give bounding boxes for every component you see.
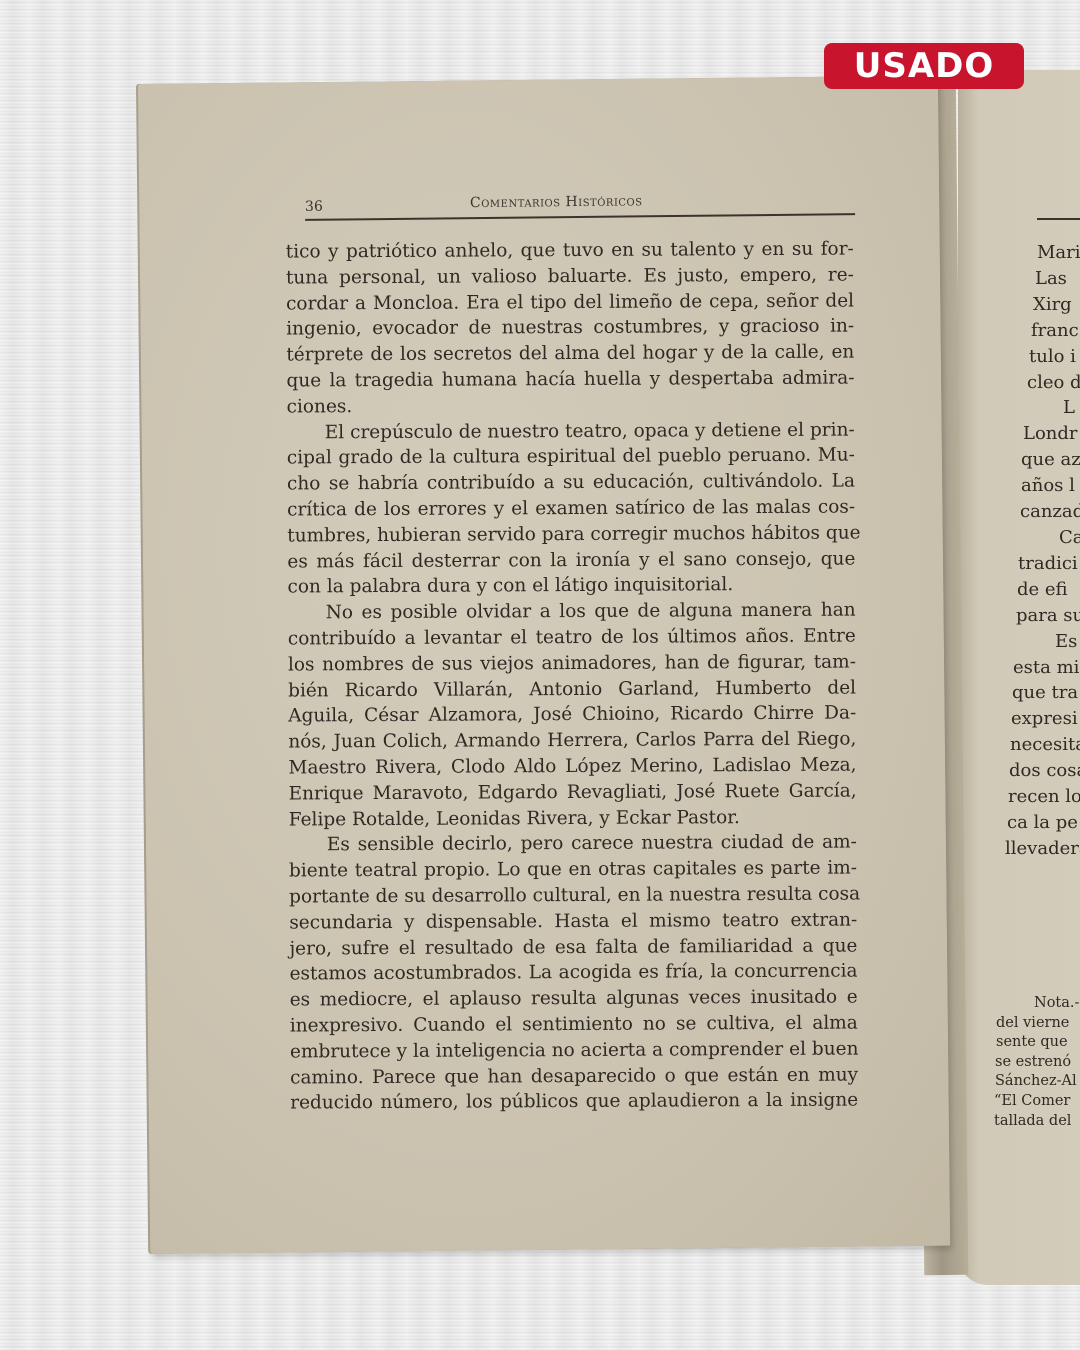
- text-line: sente que: [994, 1033, 1080, 1053]
- right-page-header-rule: [1037, 218, 1080, 220]
- text-line: contribuído a levantar el teatro de los …: [288, 623, 856, 652]
- text-line: No es posible olvidar a los que de algun…: [288, 598, 856, 627]
- text-line: Ca: [1005, 525, 1080, 551]
- text-line: necesita: [1005, 732, 1080, 758]
- text-line: tico y patriótico anhelo, que tuvo en su…: [286, 237, 854, 266]
- text-line: Londr: [1005, 421, 1080, 447]
- text-line: Las: [1005, 266, 1080, 292]
- text-line: ciones.: [287, 391, 855, 420]
- running-head: Comentarios Históricos: [470, 193, 643, 211]
- text-line: dos cosa: [1005, 758, 1080, 784]
- text-line: nós, Juan Colich, Armando Herrera, Carlo…: [288, 727, 856, 756]
- text-line: biente teatral propio. Lo que en otras c…: [289, 856, 857, 885]
- text-line: que az: [1005, 447, 1080, 473]
- body-text: tico y patriótico anhelo, que tuvo en su…: [286, 237, 859, 1117]
- text-line: inexpresivo. Cuando el sentimiento no se…: [290, 1010, 858, 1039]
- text-line: camino. Parece que han desaparecido o qu…: [290, 1062, 858, 1091]
- text-line: cordar a Moncloa. Era el tipo del limeño…: [286, 288, 854, 317]
- text-line: El crepúsculo de nuestro teatro, opaca y…: [287, 417, 855, 446]
- text-line: Mari: [1005, 240, 1080, 266]
- text-line: secundaria y dispensable. Hasta el mismo…: [289, 907, 857, 936]
- page-number: 36: [305, 199, 323, 215]
- paragraph-4: Es sensible decirlo, pero carece nuestra…: [289, 830, 858, 1117]
- text-line: es más fácil desterrar con la ironía y e…: [287, 546, 855, 575]
- text-line: cho se habría contribuído a su educación…: [287, 469, 855, 498]
- text-line: para su: [1005, 603, 1080, 629]
- text-line: Nota.-: [994, 994, 1080, 1014]
- text-line: Xirg: [1005, 292, 1080, 318]
- text-line: ingenio, evocador de nuestras costumbres…: [286, 314, 854, 343]
- text-line: Es: [1005, 629, 1080, 655]
- text-line: reducido número, los públicos que aplaud…: [290, 1088, 858, 1117]
- text-line: que tra: [1005, 680, 1080, 706]
- text-line: se estrenó: [994, 1053, 1080, 1073]
- text-line: ca la pe: [1005, 810, 1080, 836]
- text-line: tulo i: [1005, 344, 1080, 370]
- text-line: años l: [1005, 473, 1080, 499]
- text-line: “El Comer: [994, 1092, 1080, 1112]
- text-line: llevadera: [1005, 836, 1080, 862]
- text-line: los nombres de sus viejos animadores, ha…: [288, 649, 856, 678]
- text-line: que la tragedia humana hacía huella y de…: [286, 366, 854, 395]
- text-line: esta mi: [1005, 655, 1080, 681]
- text-line: bién Ricardo Villarán, Antonio Garland, …: [288, 675, 856, 704]
- text-line: tuna personal, un valioso baluarte. Es j…: [286, 262, 854, 291]
- text-line: es mediocre, el aplauso resulta algunas …: [290, 985, 858, 1014]
- text-line: térprete de los secretos del alma del ho…: [286, 340, 854, 369]
- text-line: L: [1005, 395, 1080, 421]
- text-line: recen lo: [1005, 784, 1080, 810]
- text-line: Sánchez-Al: [994, 1072, 1080, 1092]
- text-line: Maestro Rivera, Clodo Aldo López Merino,…: [288, 752, 856, 781]
- text-line: tumbres, hubieran servido para corregir …: [287, 520, 855, 549]
- text-line: tallada del: [994, 1112, 1080, 1132]
- text-line: cleo d: [1005, 370, 1080, 396]
- text-line: estamos acostumbrados. La acogida es frí…: [289, 959, 857, 988]
- used-condition-badge: USADO: [824, 43, 1024, 89]
- text-line: Aguila, César Alzamora, José Chioino, Ri…: [288, 701, 856, 730]
- text-line: con la palabra dura y con el látigo inqu…: [287, 572, 855, 601]
- text-line: de efi: [1005, 577, 1080, 603]
- text-line: Es sensible decirlo, pero carece nuestra…: [289, 830, 857, 859]
- paragraph-2: El crepúsculo de nuestro teatro, opaca y…: [287, 417, 856, 601]
- text-line: embrutece y la inteligencia no acierta a…: [290, 1036, 858, 1065]
- right-page-footnote: Nota.- del vierne sente que se estrenó S…: [994, 994, 1080, 1131]
- text-line: Enrique Maravoto, Edgardo Revagliati, Jo…: [289, 778, 857, 807]
- text-line: cipal grado de la cultura espiritual del…: [287, 443, 855, 472]
- text-line: portante de su desarrollo cultural, en l…: [289, 881, 857, 910]
- text-line: tradici: [1005, 551, 1080, 577]
- right-page-text: Mari Las Xirg franc tulo i cleo d L Lond…: [1005, 240, 1080, 862]
- paragraph-1: tico y patriótico anhelo, que tuvo en su…: [286, 237, 855, 421]
- text-line: franc: [1005, 318, 1080, 344]
- text-line: expresi: [1005, 706, 1080, 732]
- text-line: canzad: [1005, 499, 1080, 525]
- text-line: Felipe Rotalde, Leonidas Rivera, y Eckar…: [289, 804, 857, 833]
- text-line: crítica de los errores y el examen satír…: [287, 494, 855, 523]
- text-line: del vierne: [994, 1014, 1080, 1034]
- text-line: jero, sufre el resultado de esa falta de…: [289, 933, 857, 962]
- paragraph-3: No es posible olvidar a los que de algun…: [288, 598, 857, 833]
